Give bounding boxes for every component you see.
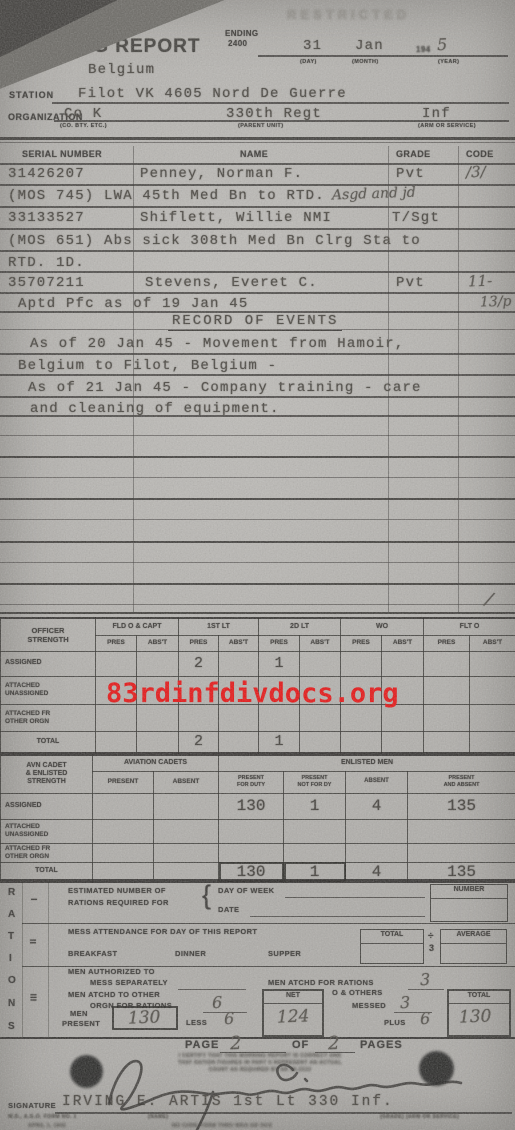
form-number: W.D., A.G.O. FORM NO. 1: [8, 1115, 77, 1121]
rule: [0, 396, 515, 398]
roster-code: /3/: [466, 163, 486, 182]
year-written-value: 5: [437, 35, 448, 54]
subcol-pres: PRES: [424, 635, 470, 651]
men-atchd-to-other-label: MEN ATCHD TO OTHER: [68, 991, 160, 1000]
rule: [250, 916, 425, 917]
rule: [0, 456, 515, 458]
col-wo: WO: [341, 618, 424, 635]
number-box: NUMBER: [430, 884, 508, 922]
event-line: Belgium to Filot, Belgium -: [18, 358, 277, 374]
roster-serial: 31426207: [8, 166, 85, 182]
rule: [264, 1003, 322, 1004]
col-name: NAME: [240, 149, 268, 159]
col-2d-lt: 2D LT: [259, 618, 341, 635]
numeral-ii: II: [28, 939, 37, 944]
avn-cadet-corner: AVN CADET & ENLISTED STRENGTH: [1, 755, 93, 793]
section-rule: [0, 612, 515, 614]
subcol-present-not-for-dy: PRESENT NOT FOR DY: [284, 771, 346, 793]
col-aviation-cadets: AVIATION CADETS: [93, 755, 219, 771]
subcol-pres: PRES: [259, 635, 300, 651]
date-day-value: 31: [303, 38, 322, 54]
column-rule: [22, 881, 23, 1037]
subcol-absent: ABSENT: [154, 771, 219, 793]
numeral-i: I: [29, 898, 38, 901]
rule: [449, 1003, 509, 1004]
rule: [285, 897, 425, 898]
rations-letter: S: [8, 1021, 15, 1033]
o-and-others-label: O & OTHERS: [332, 989, 383, 998]
column-rule: [48, 881, 49, 1037]
subcol-present: PRESENT: [93, 771, 154, 793]
rule: [0, 329, 515, 330]
rule: [0, 163, 515, 165]
punch-hole-right: [419, 1051, 454, 1086]
roster-serial: 35707211: [8, 275, 85, 291]
mess-separately-label: MESS SEPARATELY: [90, 979, 168, 988]
rule: [0, 435, 515, 436]
roster-code: 13/p: [480, 293, 512, 310]
site-watermark: 83rdinfdivdocs.org: [106, 678, 399, 709]
rule: [361, 943, 423, 944]
rule: [0, 250, 515, 252]
punch-hole-left: [70, 1055, 103, 1088]
day-sublabel: (DAY): [300, 59, 317, 65]
org-parent-sublabel: (PARENT UNIT): [238, 123, 283, 129]
col-grade: GRADE: [396, 149, 431, 159]
estimated-rations-line2: RATIONS REQUIRED FOR: [68, 899, 169, 908]
col-enlisted-men: ENLISTED MEN: [219, 755, 515, 771]
officer-total-2dlt-pres: 1: [259, 731, 300, 753]
men-label: MEN: [70, 1010, 88, 1019]
rations-letter: I: [9, 953, 12, 965]
divide-glyph: ÷: [428, 931, 434, 943]
subcol-present-and-absent: PRESENT AND ABSENT: [408, 771, 515, 793]
rations-section: R A T I O N S I II III ESTIMATED NUMBER …: [0, 879, 515, 1039]
ending-label: ENDING: [225, 29, 259, 38]
subcol-pres: PRES: [179, 635, 219, 651]
country-value: Belgium: [88, 62, 155, 78]
roster-remark: (MOS 745) LWA 45th Med Bn to RTD.: [8, 188, 325, 204]
restricted-stamp: RESTRICTED: [287, 8, 410, 23]
col-1st-lt: 1ST LT: [179, 618, 259, 635]
enlisted-assigned-pfd: 130: [219, 793, 284, 819]
rule: [0, 353, 515, 355]
rule: [0, 228, 515, 230]
enlisted-assigned-absent: 4: [346, 793, 408, 819]
rule: [0, 477, 515, 478]
roster-remark-hand: Asgd and jd: [332, 185, 416, 204]
plus-label: PLUS: [384, 1019, 406, 1028]
col-flt-o: FLT O: [424, 618, 515, 635]
org-arm-sublabel: (ARM OR SERVICE): [418, 123, 476, 129]
roster-remark: Aptd Pfc as of 19 Jan 45: [18, 296, 248, 312]
section-rule: [0, 137, 515, 140]
officer-strength-corner: OFFICER STRENGTH: [1, 618, 96, 651]
present-label: PRESENT: [62, 1020, 100, 1029]
brace-glyph: {: [202, 880, 211, 911]
rule: [408, 989, 444, 990]
roster-remark: (MOS 651) Abs sick 308th Med Bn Clrg Sta…: [8, 233, 421, 249]
messed-value: 3: [400, 993, 411, 1012]
row-assigned: ASSIGNED: [1, 651, 96, 676]
morning-report-scan: RESTRICTED ANY ORNING REPORT ENDING 2400…: [0, 0, 515, 1130]
rule: [178, 989, 246, 990]
date-month-value: Jan: [355, 38, 384, 54]
org-company-sublabel: (CO. BTY. ETC.): [60, 123, 107, 129]
net-value: 124: [277, 1006, 310, 1027]
roster-name: Shiflett, Willie NMI: [140, 210, 332, 226]
average-box: AVERAGE: [440, 929, 507, 964]
enlisted-assigned-pa: 135: [408, 793, 515, 819]
net-box: NET 124: [262, 989, 324, 1037]
col-code: CODE: [466, 149, 494, 159]
day-of-week-label: DAY OF WEEK: [218, 887, 275, 896]
roster-remark: RTD. 1D.: [8, 255, 85, 271]
rations-letter: T: [8, 931, 15, 943]
col-fld-o-capt: FLD O & CAPT: [96, 618, 179, 635]
subcol-abst: ABS'T: [382, 635, 424, 651]
rule: [0, 415, 515, 417]
row-total: TOTAL: [1, 731, 96, 753]
station-value: Filot VK 4605 Nord De Guerre: [78, 86, 347, 102]
month-sublabel: (MONTH): [352, 59, 379, 65]
rule: [54, 120, 509, 122]
rule: [0, 583, 515, 585]
subcol-abst: ABS'T: [300, 635, 341, 651]
breakfast-label: BREAKFAST: [68, 950, 117, 959]
rule: [0, 519, 515, 520]
rations-letter: R: [8, 887, 16, 899]
men-authorized-label: MEN AUTHORIZED TO: [68, 968, 155, 977]
total-box: TOTAL: [360, 929, 424, 964]
roster-grade: T/Sgt: [392, 210, 440, 226]
row-assigned: ASSIGNED: [1, 793, 93, 819]
ending-time: 2400: [228, 39, 247, 48]
orgn-for-rations-value: 6: [212, 993, 223, 1012]
enlisted-strength-table: AVN CADET & ENLISTED STRENGTH AVIATION C…: [0, 754, 515, 883]
net-box-label: NET: [264, 992, 322, 999]
rations-total-box-label: TOTAL: [449, 992, 509, 999]
form-date: APRIL 1, 1942: [28, 1124, 66, 1130]
average-box-label: AVERAGE: [441, 931, 506, 938]
men-present-value: 130: [128, 1007, 161, 1028]
less-label: LESS: [186, 1019, 207, 1028]
roster-name: Penney, Norman F.: [140, 166, 303, 182]
year-sublabel: (YEAR): [438, 59, 459, 65]
event-line: As of 20 Jan 45 - Movement from Hamoir,: [30, 336, 404, 352]
rule: [258, 55, 508, 57]
roster-code: 11-: [468, 272, 493, 291]
officer-assigned-2dlt-pres: 1: [259, 651, 300, 676]
roster-grade: Pvt: [396, 166, 425, 182]
less-value: 6: [224, 1009, 235, 1028]
men-atchd-for-rations-label: MEN ATCHD FOR RATIONS: [268, 979, 374, 988]
supper-label: SUPPER: [268, 950, 301, 959]
date-label: DATE: [218, 906, 239, 915]
rule: [431, 898, 507, 899]
messed-label: MESSED: [352, 1002, 386, 1011]
subcol-pres: PRES: [96, 635, 137, 651]
officer-assigned-1stlt-pres: 2: [179, 651, 219, 676]
row-attached-fr-other: ATTACHED FR OTHER ORGN: [1, 843, 93, 862]
subcol-pres: PRES: [341, 635, 382, 651]
mess-attendance-title: MESS ATTENDANCE FOR DAY OF THIS REPORT: [68, 928, 257, 937]
form-title-line2: ORNING REPORT: [27, 36, 200, 58]
row-attached-unassigned: ATTACHED UNASSIGNED: [1, 676, 96, 704]
men-present-box: 130: [112, 1006, 178, 1030]
event-line: As of 21 Jan 45 - Company training - car…: [28, 380, 422, 396]
roster-serial: 33133527: [8, 210, 85, 226]
rule: [0, 604, 515, 605]
row-attached-fr-other: ATTACHED FR OTHER ORGN: [1, 704, 96, 731]
rule: [0, 541, 515, 543]
row-attached-unassigned: ATTACHED UNASSIGNED: [1, 819, 93, 843]
stray-pencil-mark: /: [484, 589, 495, 611]
roster-name: Stevens, Everet C.: [145, 275, 318, 291]
numeral-iii: III: [28, 994, 37, 1002]
signature-label: SIGNATURE: [8, 1102, 56, 1111]
rations-letter: N: [8, 998, 16, 1010]
plus-value: 6: [420, 1009, 431, 1028]
row-rule: [22, 923, 515, 924]
rule: [0, 374, 515, 376]
total-box-label: TOTAL: [361, 931, 423, 938]
rule: [0, 498, 515, 500]
rule: [0, 206, 515, 208]
rations-letter: O: [8, 975, 16, 987]
rule: [0, 562, 515, 563]
subcol-present-for-duty: PRESENT FOR DUTY: [219, 771, 284, 793]
rule: [52, 102, 509, 104]
enlisted-assigned-pnfd: 1: [284, 793, 346, 819]
subcol-absent-em: ABSENT: [346, 771, 408, 793]
roster-grade: Pvt: [396, 275, 425, 291]
estimated-rations-line1: ESTIMATED NUMBER OF: [68, 887, 166, 896]
rule: [441, 943, 506, 944]
form-title-line1: ANY: [77, 13, 124, 37]
rule: [0, 142, 515, 143]
subcol-abst: ABS'T: [137, 635, 179, 651]
officer-total-1stlt-pres: 2: [179, 731, 219, 753]
subcol-abst: ABS'T: [219, 635, 259, 651]
station-label: STATION: [9, 90, 54, 100]
dinner-label: DINNER: [175, 950, 206, 959]
year-printed: 194: [416, 45, 431, 54]
rule: [0, 184, 515, 186]
col-serial-number: SERIAL NUMBER: [22, 149, 102, 159]
rule: [0, 292, 515, 294]
number-box-label: NUMBER: [431, 886, 507, 893]
rations-letter: A: [8, 909, 16, 921]
rations-total-value: 130: [459, 1006, 492, 1027]
divide-three: 3: [429, 943, 434, 953]
subcol-abst: ABS'T: [470, 635, 515, 651]
rule: [0, 271, 515, 273]
rations-total-box: TOTAL 130: [447, 989, 511, 1037]
men-atchd-for-rations-value: 3: [420, 970, 431, 989]
